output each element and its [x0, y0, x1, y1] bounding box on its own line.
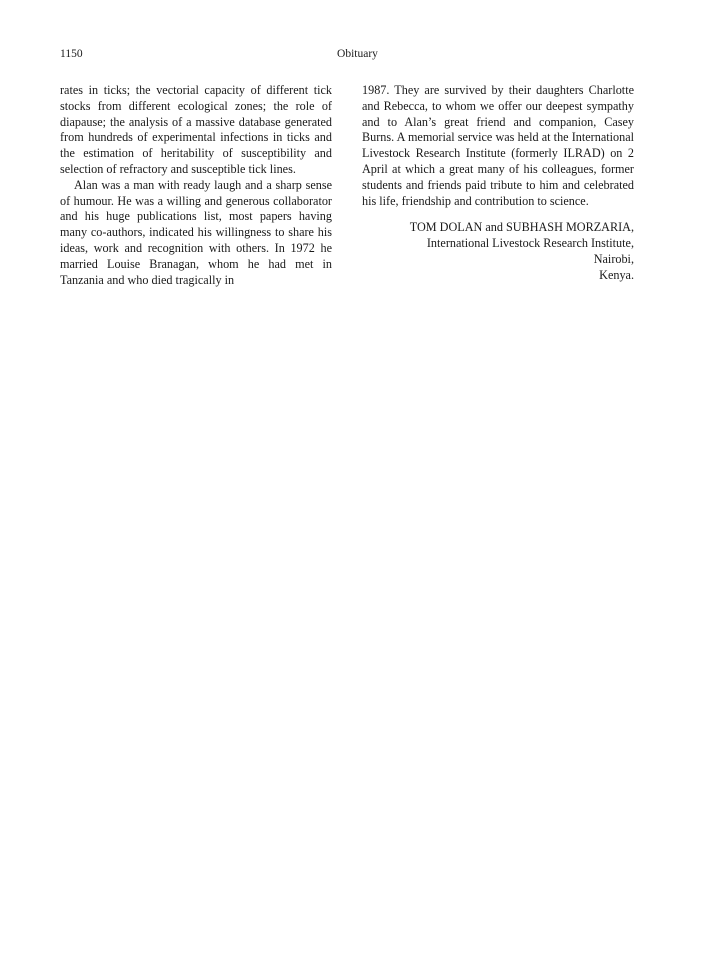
signature-authors: TOM DOLAN and SUBHASH MORZARIA, [362, 220, 634, 236]
signature-city: Nairobi, [362, 252, 634, 268]
signature-country: Kenya. [362, 268, 634, 284]
paragraph-family-memorial: 1987. They are survived by their daughte… [362, 83, 634, 209]
running-title: Obituary [0, 48, 715, 60]
signature-block: TOM DOLAN and SUBHASH MORZARIA, Internat… [362, 220, 634, 283]
paragraph-personal: Alan was a man with ready laugh and a sh… [60, 178, 332, 289]
paragraph-continuation: rates in ticks; the vectorial capacity o… [60, 83, 332, 178]
right-column: 1987. They are survived by their daughte… [362, 83, 634, 284]
left-column: rates in ticks; the vectorial capacity o… [60, 83, 332, 288]
signature-institution: International Livestock Research Institu… [362, 236, 634, 252]
